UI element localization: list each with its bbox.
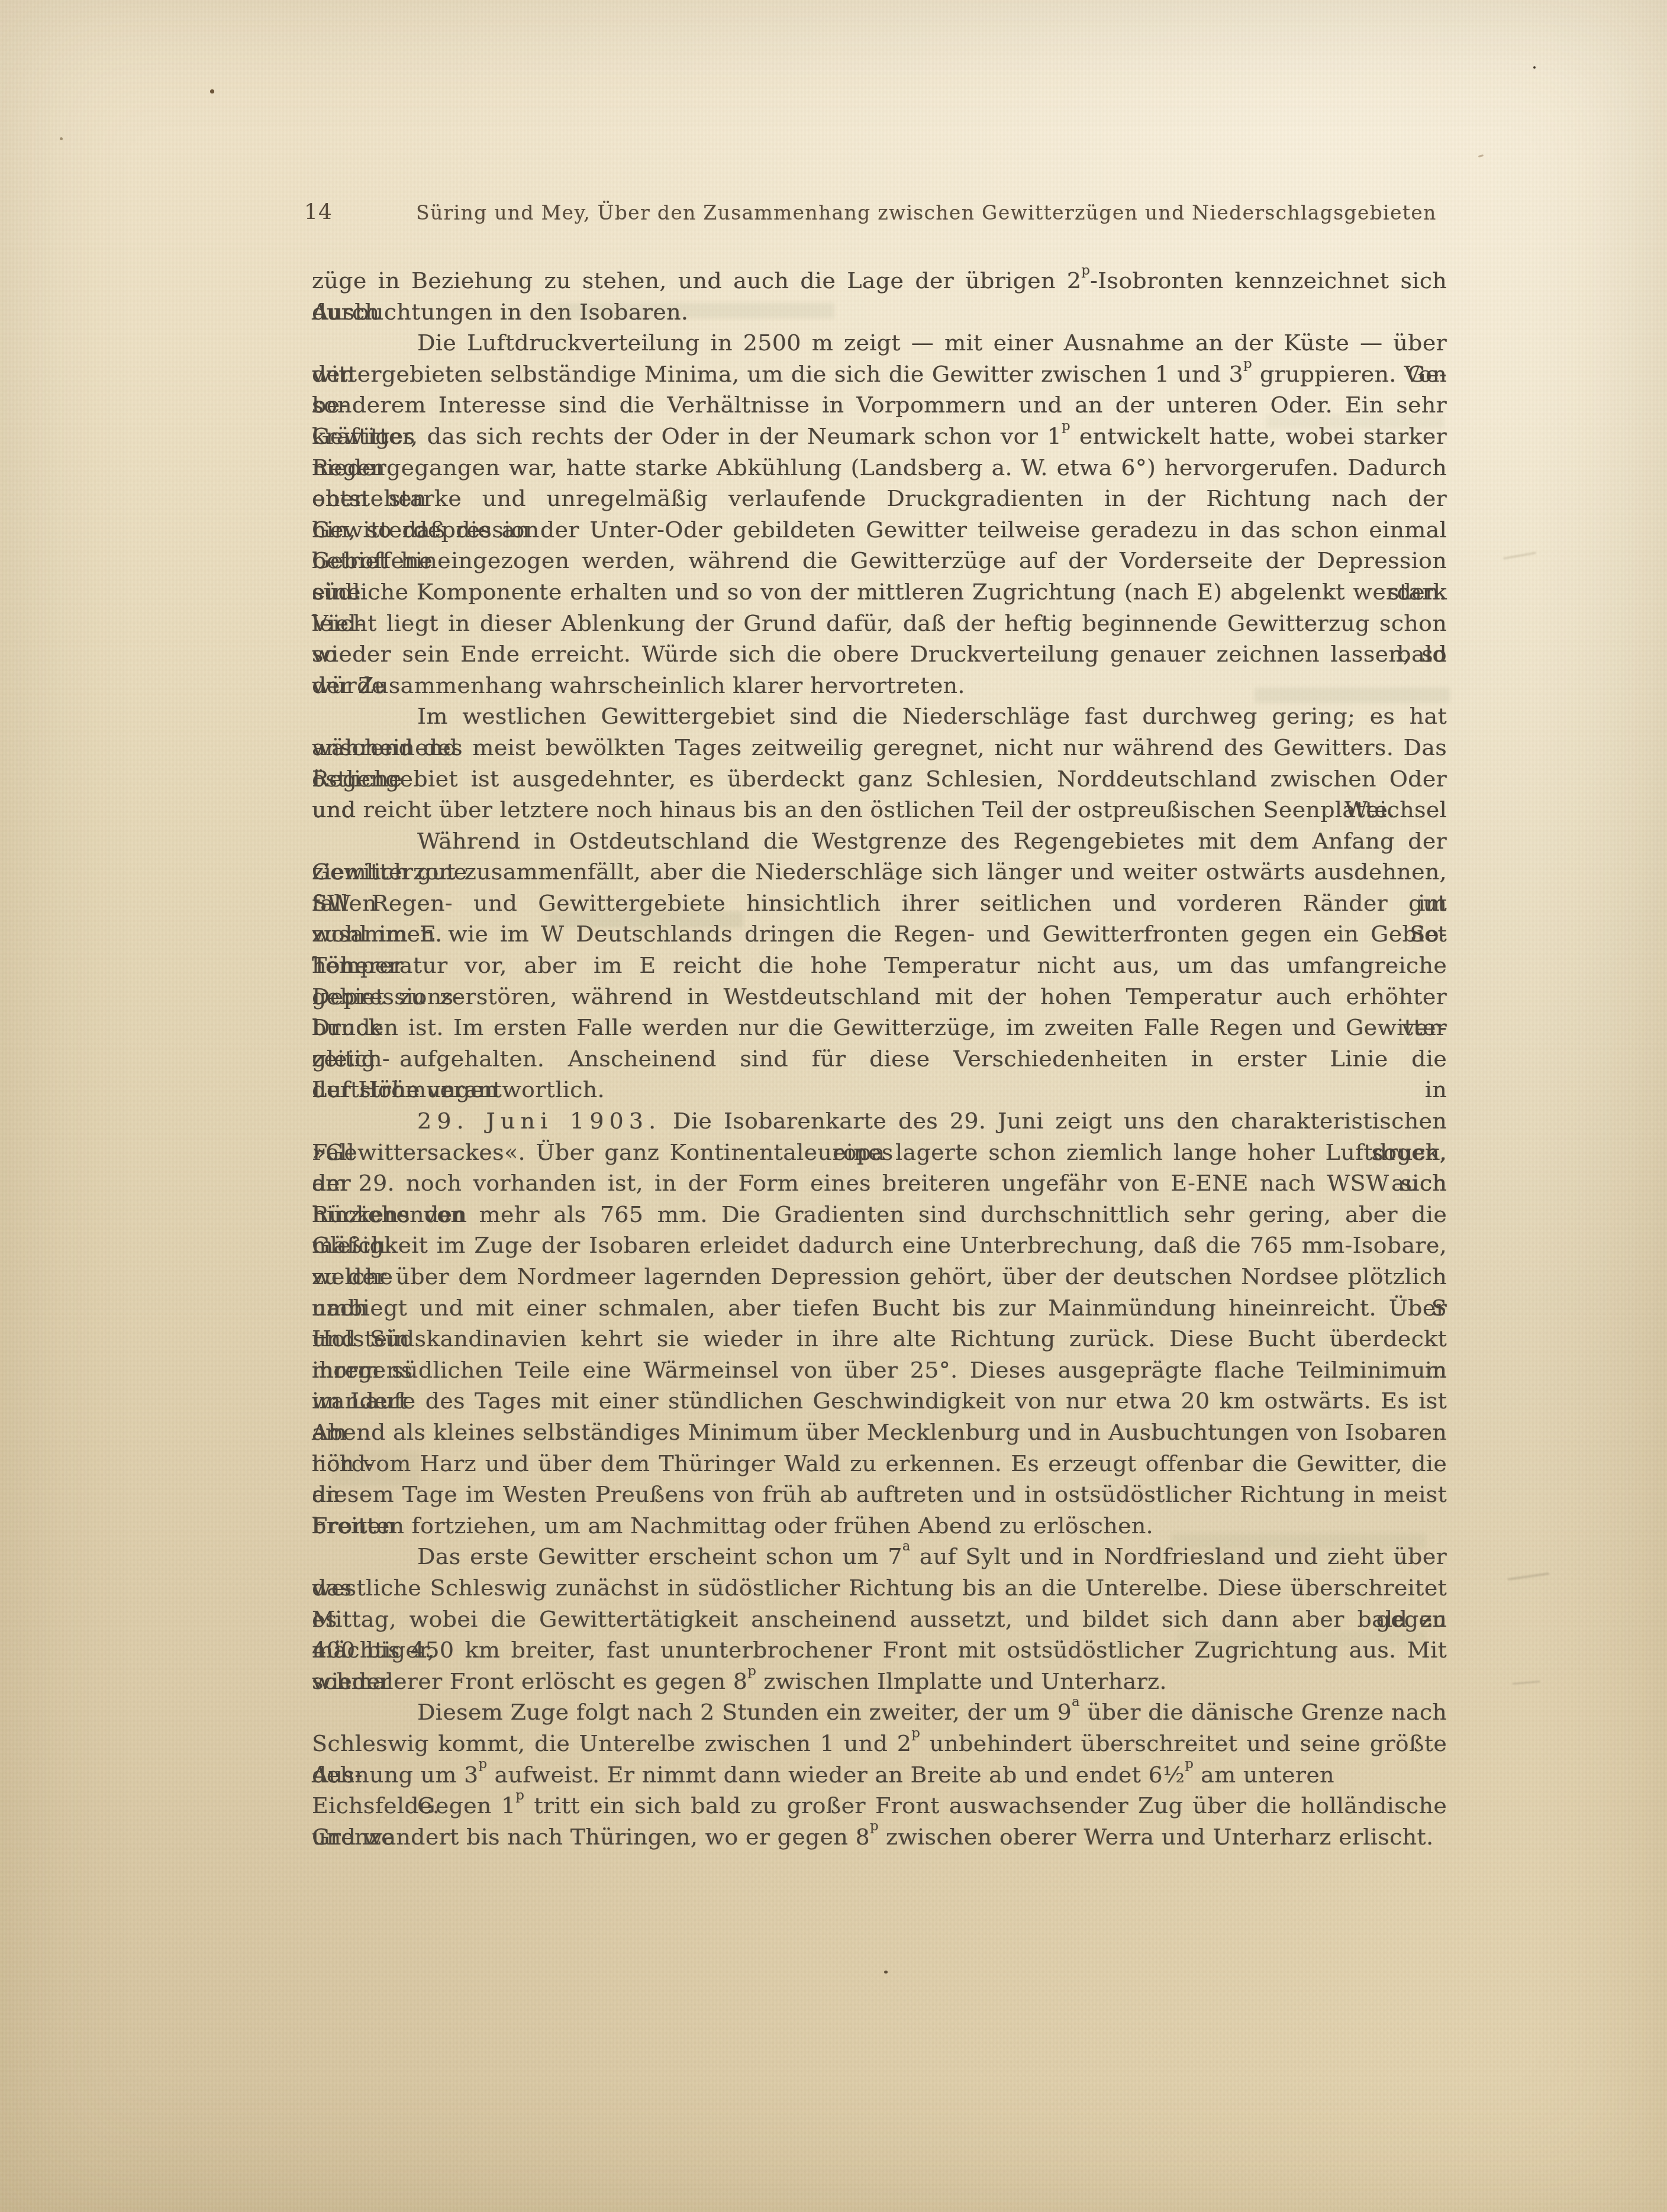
text-line: Abend als kleines selbständiges Minimum … [312, 1417, 1447, 1448]
text-line: umbiegt und mit einer schmalen, aber tie… [312, 1292, 1447, 1324]
text-line: der Zusammenhang wahrscheinlich klarer h… [312, 670, 1447, 701]
text-line: Gewitter, das sich rechts der Oder in de… [312, 421, 1447, 452]
text-line: und Südskandinavien kehrt sie wieder in … [312, 1323, 1447, 1355]
paragraph: Diesem Zuge folgt nach 2 Stunden ein zwe… [312, 1697, 1447, 1790]
text-line: 29. Juni 1903. Die Isobarenkarte des 29.… [312, 1105, 1447, 1137]
paragraph: Im westlichen Gewittergebiet sind die Ni… [312, 701, 1447, 825]
scanned-page: 14 Süring und Mey, Über den Zusammenhang… [0, 0, 1667, 2212]
pencil-streak [1513, 1681, 1540, 1685]
paragraph: Das erste Gewitter erscheint schon um 7a… [312, 1541, 1447, 1697]
text-line: Regengebiet ist ausgedehnter, es überdec… [312, 763, 1447, 795]
text-line: ihrem südlichen Teile eine Wärmeinsel vo… [312, 1355, 1447, 1386]
running-title: Süring und Mey, Über den Zusammenhang zw… [416, 201, 1437, 224]
text-line: wittergebieten selbständige Minima, um d… [312, 359, 1447, 390]
text-line: Ausbuchtungen in den Isobaren. [312, 296, 1447, 328]
ink-speck [60, 137, 63, 140]
text-line: südliche Komponente erhalten und so von … [312, 576, 1447, 608]
text-line: westliche Schleswig zunächst in südöstli… [312, 1572, 1447, 1604]
text-line: Gegen 1p tritt ein sich bald zu großer F… [312, 1790, 1447, 1821]
paragraph: Während in Ostdeutschland die Westgrenze… [312, 826, 1447, 1105]
text-line: Fronten fortziehen, um am Nachmittag ode… [312, 1510, 1447, 1542]
text-line: oben starke und unregelmäßig verlaufende… [312, 483, 1447, 514]
text-line: wohl im E wie im W Deutschlands dringen … [312, 918, 1447, 950]
text-line: »Gewittersackes«. Über ganz Kontinentale… [312, 1137, 1447, 1168]
text-line: Im westlichen Gewittergebiet sind die Ni… [312, 701, 1447, 732]
text-line: 400 bis 450 km breiter, fast ununterbroc… [312, 1634, 1447, 1666]
pencil-streak [1508, 1572, 1549, 1581]
text-line: und wandert bis nach Thüringen, wo er ge… [312, 1821, 1447, 1853]
text-line: lich vom Harz und über dem Thüringer Wal… [312, 1448, 1447, 1479]
text-line: im Laufe des Tages mit einer stündlichen… [312, 1385, 1447, 1417]
text-line: Gebiet hineingezogen werden, während die… [312, 545, 1447, 576]
ink-speck [884, 1971, 888, 1974]
text-line: Während in Ostdeutschland die Westgrenze… [312, 826, 1447, 857]
text-line: gebiet zu zerstören, während in Westdeut… [312, 981, 1447, 1013]
text-line: während des meist bewölkten Tages zeitwe… [312, 732, 1447, 763]
page-number: 14 [304, 200, 333, 224]
text-line: ziemlich gut zusammenfällt, aber die Nie… [312, 856, 1447, 888]
text-line: bunden ist. Im ersten Falle werden nur d… [312, 1012, 1447, 1043]
paragraph: Die Luftdruckverteilung in 2500 m zeigt … [312, 327, 1447, 701]
ink-speck [210, 89, 214, 93]
text-line: zeitig aufgehalten. Anscheinend sind für… [312, 1043, 1447, 1075]
text-line: und reicht über letztere noch hinaus bis… [312, 794, 1447, 826]
pencil-streak [1503, 552, 1536, 560]
text-line: SW Regen- und Gewittergebiete hinsichtli… [312, 888, 1447, 919]
running-header: 14 Süring und Mey, Über den Zusammenhang… [0, 200, 1667, 236]
ink-speck [1533, 66, 1536, 69]
text-line: mäßigkeit im Zuge der Isobaren erleidet … [312, 1230, 1447, 1261]
text-line: Temperatur vor, aber im E reicht die hoh… [312, 950, 1447, 981]
text-line: Schleswig kommt, die Unterelbe zwischen … [312, 1728, 1447, 1759]
text-line: am 29. noch vorhanden ist, in der Form e… [312, 1168, 1447, 1199]
text-line: Rückens von mehr als 765 mm. Die Gradien… [312, 1199, 1447, 1230]
paragraph: 29. Juni 1903. Die Isobarenkarte des 29.… [312, 1105, 1447, 1541]
ink-speck [1478, 154, 1484, 157]
text-line: hin, so daß die an der Unter-Oder gebild… [312, 514, 1447, 546]
text-line: züge in Beziehung zu stehen, und auch di… [312, 265, 1447, 296]
text-line: diesem Tage im Westen Preußens von früh … [312, 1479, 1447, 1510]
text-line: Die Luftdruckverteilung in 2500 m zeigt … [312, 327, 1447, 359]
text-line: Diesem Zuge folgt nach 2 Stunden ein zwe… [312, 1697, 1447, 1728]
text-line: schmalerer Front erlöscht es gegen 8p zw… [312, 1666, 1447, 1697]
text-line: dehnung um 3p aufweist. Er nimmt dann wi… [312, 1759, 1447, 1791]
text-line: wieder sein Ende erreicht. Würde sich di… [312, 639, 1447, 670]
text-line: zu der über dem Nordmeer lagernden Depre… [312, 1261, 1447, 1292]
text-line: niedergegangen war, hatte starke Abkühlu… [312, 452, 1447, 483]
paragraph: züge in Beziehung zu stehen, und auch di… [312, 265, 1447, 327]
text-line: leicht liegt in dieser Ablenkung der Gru… [312, 608, 1447, 639]
paragraph: Gegen 1p tritt ein sich bald zu großer F… [312, 1790, 1447, 1852]
text-line: sonderem Interesse sind die Verhältnisse… [312, 389, 1447, 421]
text-line: Das erste Gewitter erscheint schon um 7a… [312, 1541, 1447, 1572]
text-line: Mittag, wobei die Gewittertätigkeit ansc… [312, 1604, 1447, 1635]
body-text: züge in Beziehung zu stehen, und auch di… [312, 265, 1447, 1852]
